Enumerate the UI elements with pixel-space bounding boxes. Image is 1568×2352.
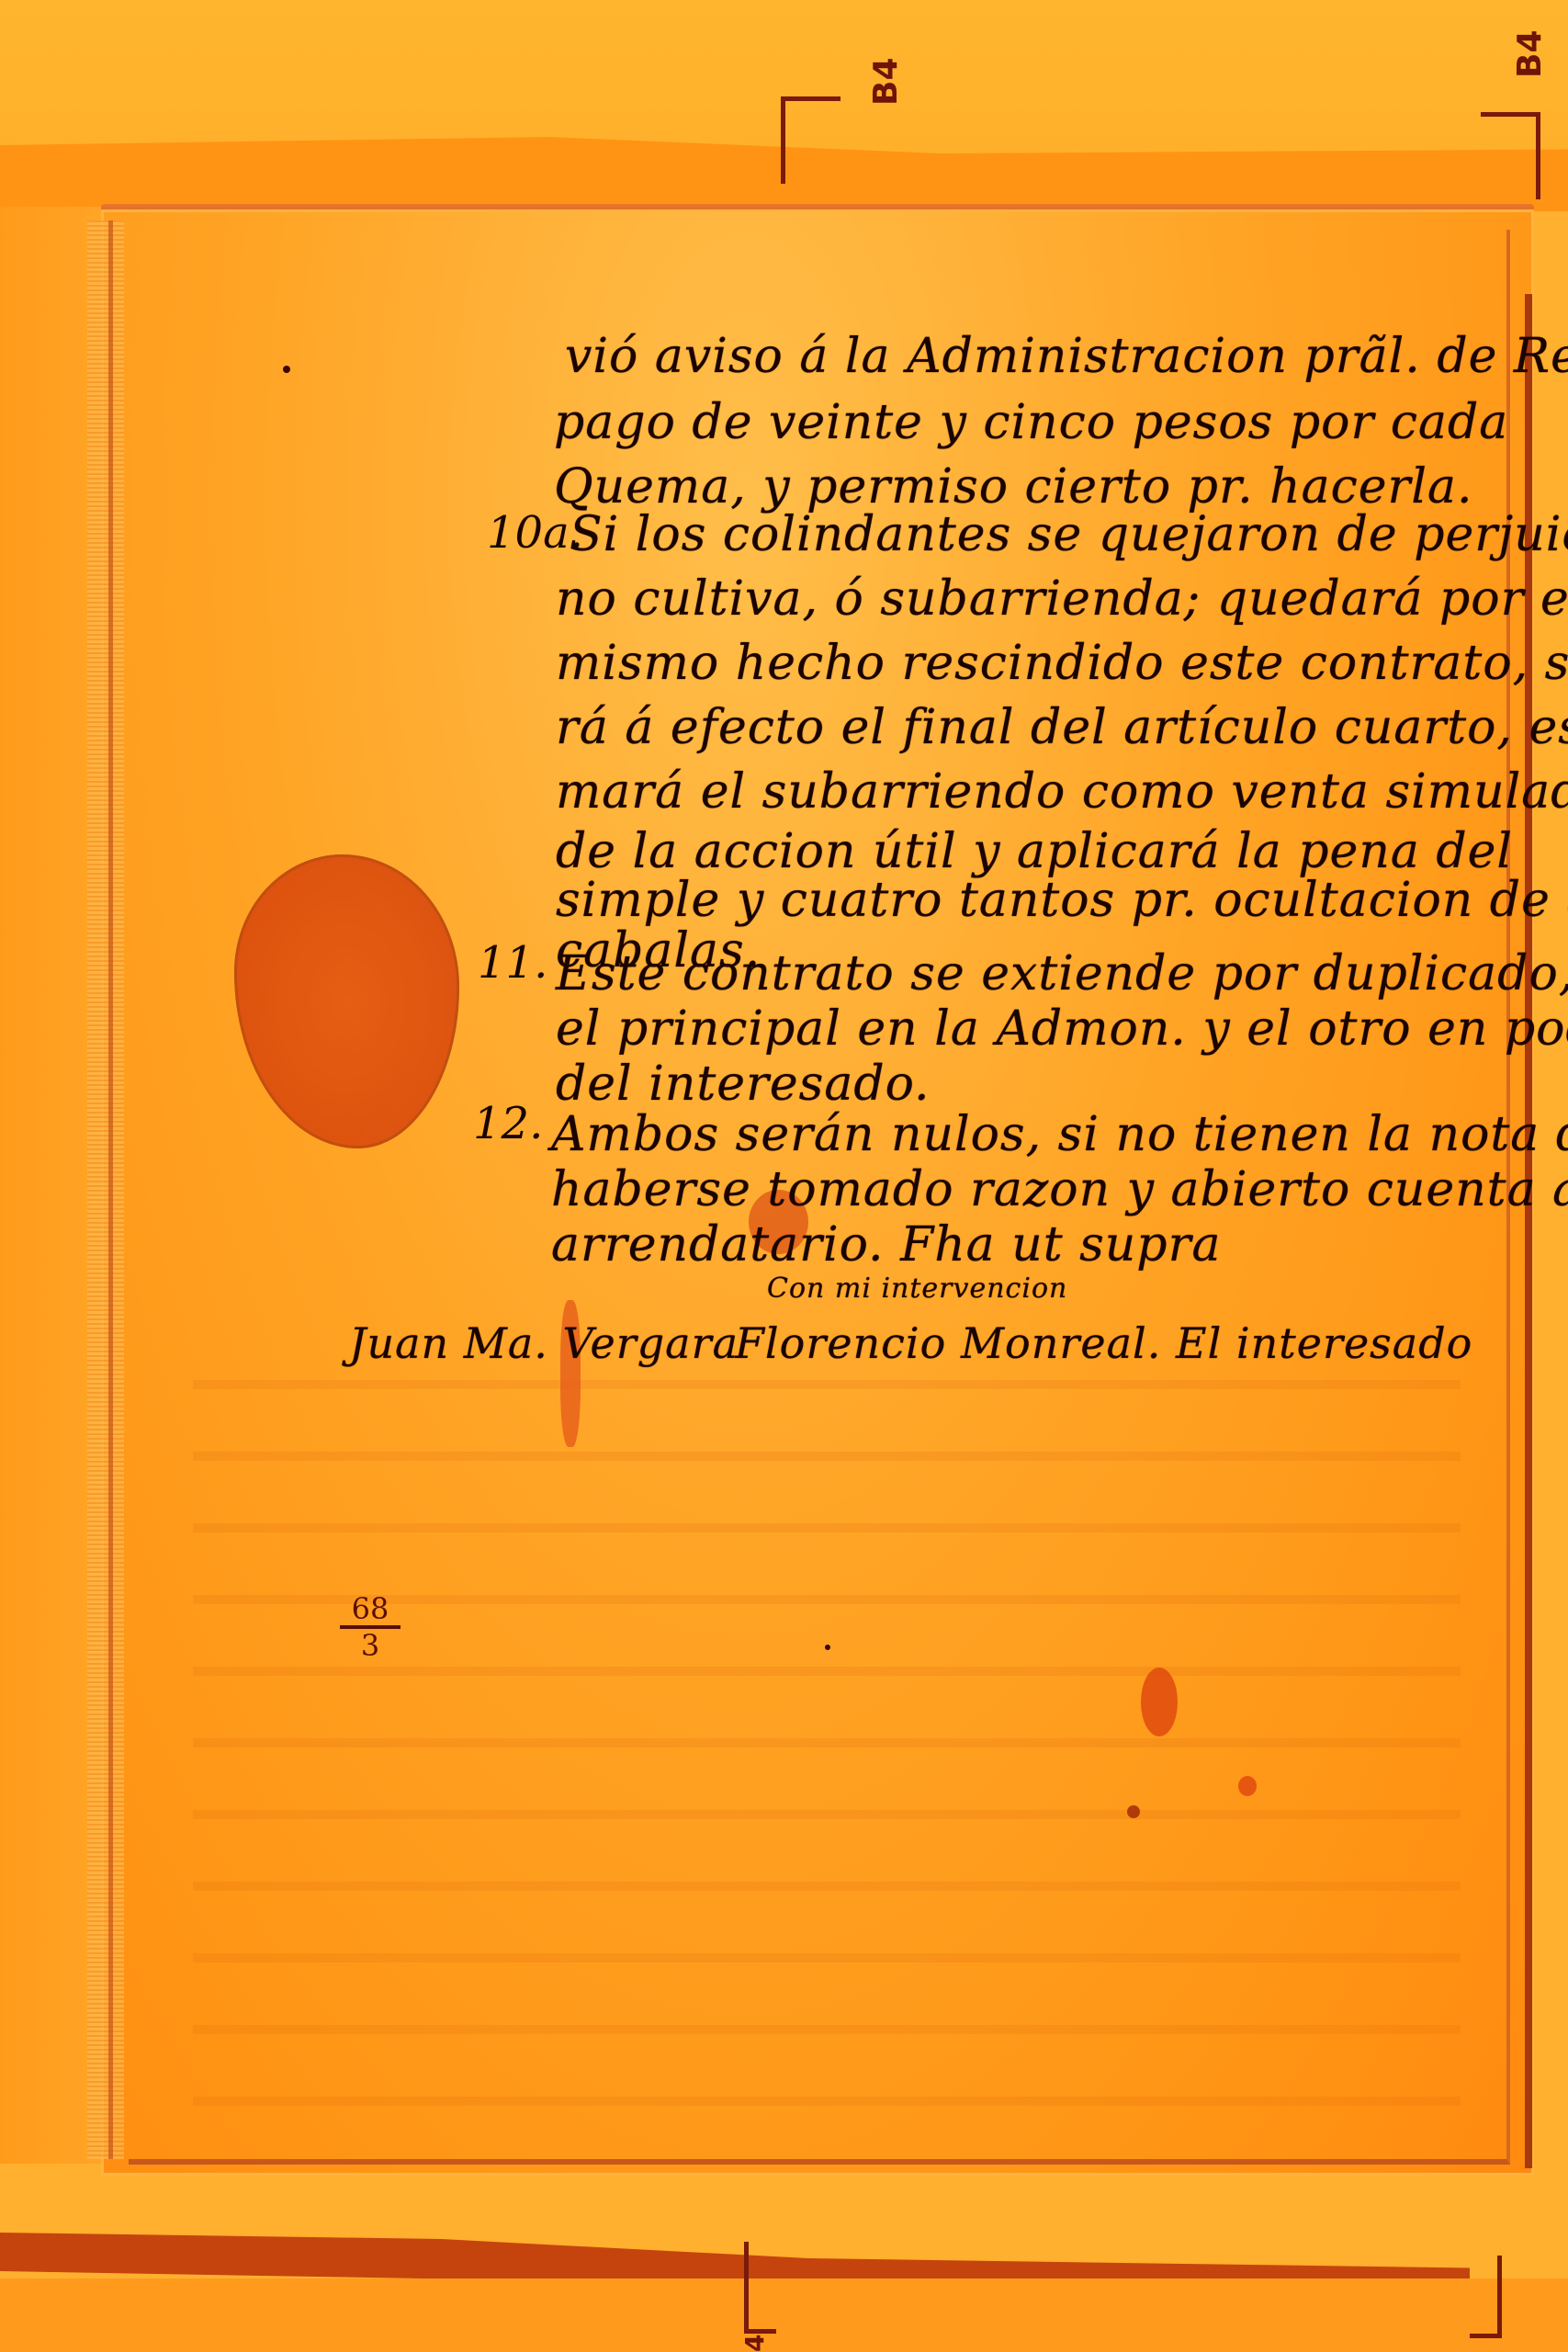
- clause-number: 12.: [473, 1098, 543, 1149]
- text-line: el principal en la Admon. y el otro en p…: [556, 1001, 1568, 1057]
- text-line: arrendatario. Fha ut supra: [551, 1217, 1221, 1272]
- text-line: pago de veinte y cinco pesos por cada: [554, 395, 1508, 450]
- text-line: mará el subarriendo como venta simulada: [556, 764, 1568, 820]
- crop-mark-top-right: [1481, 112, 1540, 199]
- stain-spot-small: [1238, 1776, 1257, 1796]
- page-mark-dot: [283, 366, 290, 373]
- text-line: de la accion útil y aplicará la pena del: [556, 824, 1513, 879]
- text-line: Este contrato se extiende por duplicado,…: [556, 946, 1568, 1001]
- folio-numerator: 68: [352, 1591, 389, 1626]
- background-bottom: [0, 2278, 1568, 2352]
- crop-mark-bottom-right: [1470, 2256, 1502, 2338]
- text-line: Si los colindantes se quejaron de perjui…: [570, 507, 1568, 562]
- signature-interesado: El interesado: [1176, 1318, 1472, 1368]
- text-line: Quema, y permiso cierto pr. hacerla.: [554, 459, 1473, 514]
- text-line: simple y cuatro tantos pr. ocultacion de…: [556, 873, 1568, 928]
- stain-spot-small: [1141, 1668, 1178, 1736]
- crop-mark-bottom-left: [744, 2242, 776, 2334]
- bleed-through-text: [193, 1332, 1461, 2159]
- text-line: mismo hecho rescindido este contrato, se…: [556, 636, 1568, 691]
- crop-label-bottom-left: 4: [739, 2335, 770, 2352]
- folio-denominator: 3: [361, 1628, 379, 1663]
- intervention-note: Con mi intervencion: [767, 1272, 1067, 1305]
- stain-spot-small: [1127, 1805, 1140, 1818]
- signature-monreal: Florencio Monreal.: [735, 1318, 1161, 1368]
- binding-stitch-line: [108, 220, 113, 2159]
- text-line: del interesado.: [556, 1057, 931, 1112]
- page-mark-dot: [825, 1645, 830, 1650]
- text-line: no cultiva, ó subarrienda; quedará por e…: [556, 571, 1568, 627]
- crop-label-top-right: B4: [1511, 30, 1549, 79]
- text-line: vió aviso á la Administracion prãl. de R…: [565, 329, 1568, 384]
- text-line: Ambos serán nulos, si no tienen la nota …: [551, 1107, 1568, 1162]
- clause-number: 11.: [478, 937, 547, 989]
- crop-label-top-left: B4: [867, 58, 905, 107]
- text-line: rá á efecto el final del artículo cuarto…: [556, 700, 1568, 755]
- binding-strip: [87, 220, 124, 2159]
- signature-vergara: Juan Ma. Vergara: [349, 1318, 739, 1368]
- text-line: haberse tomado razon y abierto cuenta al: [551, 1162, 1568, 1217]
- crop-mark-top-left: [781, 96, 840, 184]
- folio-number: 68 3: [340, 1594, 400, 1660]
